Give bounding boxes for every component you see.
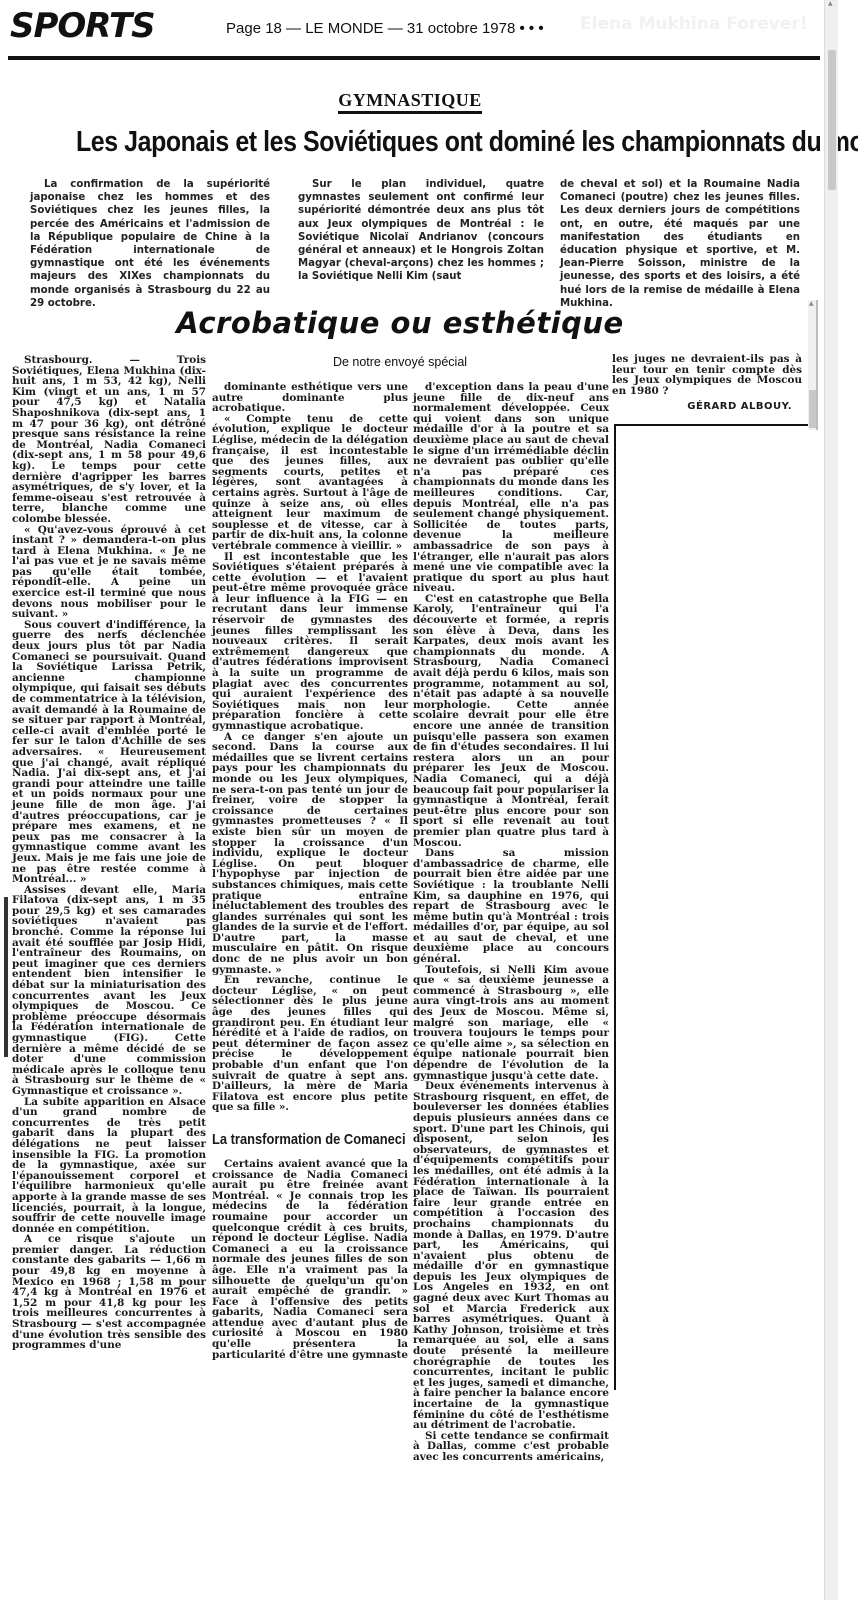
paragraph: Dans sa mission d'ambassadrice de charme… [413,848,609,965]
page-scrollbar[interactable]: ▲ [824,0,838,1600]
article-kicker: GYMNASTIQUE [0,90,820,111]
masthead: SPORTS Page 18 — LE MONDE — 31 octobre 1… [8,6,818,58]
author-signature: GÉRARD ALBOUY. [612,402,802,413]
article-headline: Les Japonais et les Soviétiques ont domi… [76,126,764,159]
paragraph: En revanche, continue le docteur Léglise… [212,975,408,1113]
paragraph: Il est incontestable que les Soviétiques… [212,552,408,732]
paragraph: Certains avaient avancé que la croissanc… [212,1159,408,1360]
paragraph: A ce danger s'en ajoute un second. Dans … [212,732,408,976]
inner-scrollbar[interactable]: ▲ [808,300,818,430]
body-column-4: les juges ne devraient-ils pas à leur to… [612,354,802,413]
paragraph: d'exception dans la peau d'une jeune fil… [413,382,609,594]
paragraph: La subite apparition en Alsace d'un gran… [12,1097,206,1235]
paragraph: Sous couvert d'indifférence, la guerre d… [12,620,206,885]
intertitle: La transformation de Comaneci [212,1131,381,1149]
lead-paragraph-2: Sur le plan individuel, quatre gymnastes… [298,178,544,284]
paragraph: Strasbourg. — Trois Soviétiques, Elena M… [12,355,206,525]
paragraph: « Compte tenu de cette évolution, expliq… [212,414,408,552]
paragraph: Si cette tendance se confirmait à Dallas… [413,1431,609,1463]
paragraph: les juges ne devraient-ils pas à leur to… [612,354,802,396]
masthead-rule [8,56,820,60]
watermark-text: Elena Mukhina Forever! [580,14,807,34]
ellipsis-dots: • • • [520,20,544,37]
paragraph: C'est en catastrophe que Bella Karoly, l… [413,594,609,848]
scroll-up-arrow-icon[interactable]: ▲ [828,0,833,7]
page-info: Page 18 — LE MONDE — 31 octobre 1978 • •… [226,20,544,37]
paragraph: A ce risque s'ajoute un premier danger. … [12,1234,206,1351]
lead-paragraph-3: de cheval et sol) et la Roumaine Nadia C… [560,178,800,310]
empty-frame-box [614,424,816,1390]
body-column-1: Strasbourg. — Trois Soviétiques, Elena M… [12,355,206,1351]
paragraph: dominante esthétique vers une autre domi… [212,382,408,414]
page-date-line: Page 18 — LE MONDE — 31 octobre 1978 [226,20,515,37]
scroll-up-arrow-icon[interactable]: ▲ [809,300,814,307]
paragraph: Toutefois, si Nelli Kim avoue que « sa d… [413,965,609,1082]
paragraph: Deux événements intervenus à Strasbourg … [413,1081,609,1431]
paragraph: Assises devant elle, Maria Filatova (dix… [12,885,206,1097]
margin-bar [4,897,8,1057]
byline-special-envoy: De notre envoyé spécial [300,355,500,369]
section-name: SPORTS [10,6,155,46]
lead-paragraph-1: La confirmation de la supériorité japona… [30,178,270,310]
page-scrollbar-thumb[interactable] [828,50,836,190]
feature-title: Acrobatique ou esthétique [0,306,800,340]
inner-scrollbar-thumb[interactable] [809,390,816,428]
body-column-2: dominante esthétique vers une autre domi… [212,382,408,1360]
body-column-3: d'exception dans la peau d'une jeune fil… [413,382,609,1463]
paragraph: « Qu'avez-vous éprouvé à cet instant ? »… [12,525,206,620]
